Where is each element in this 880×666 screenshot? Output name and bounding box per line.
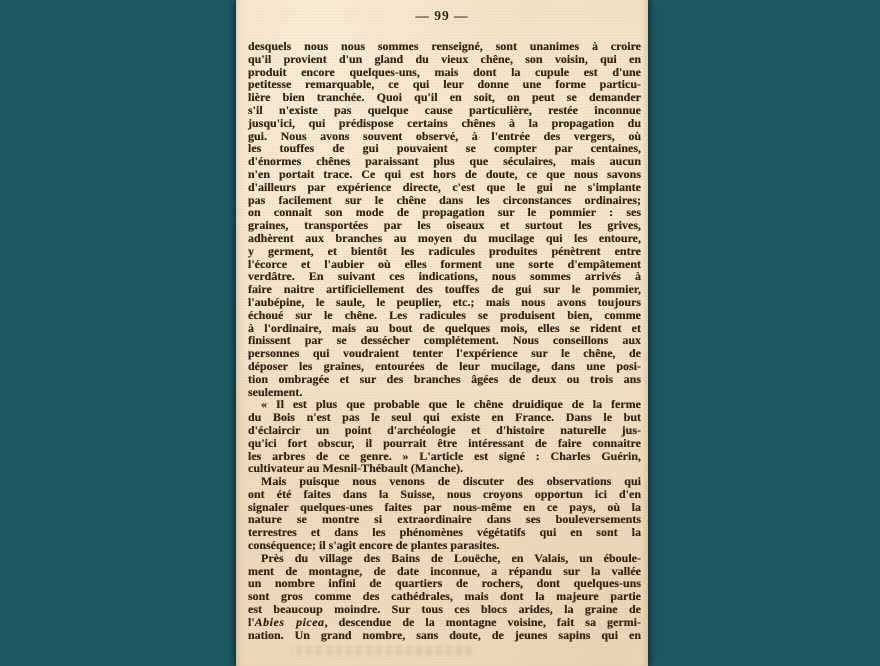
ink-bleed-through-smudge: [290, 645, 472, 656]
text-block: desquels nous nous sommes renseigné, son…: [248, 40, 641, 641]
book-page: — 99 — desquels nous nous sommes renseig…: [236, 0, 648, 666]
page-number-header: — 99 —: [236, 8, 648, 24]
text-line: tion ombragée et sur des branches âgées …: [248, 373, 641, 386]
scanned-book-screenshot: { "colors": { "backdrop_teal": "#1f5966"…: [0, 0, 880, 666]
text-line: nation. Un grand nombre, sans doute, de …: [248, 629, 641, 642]
